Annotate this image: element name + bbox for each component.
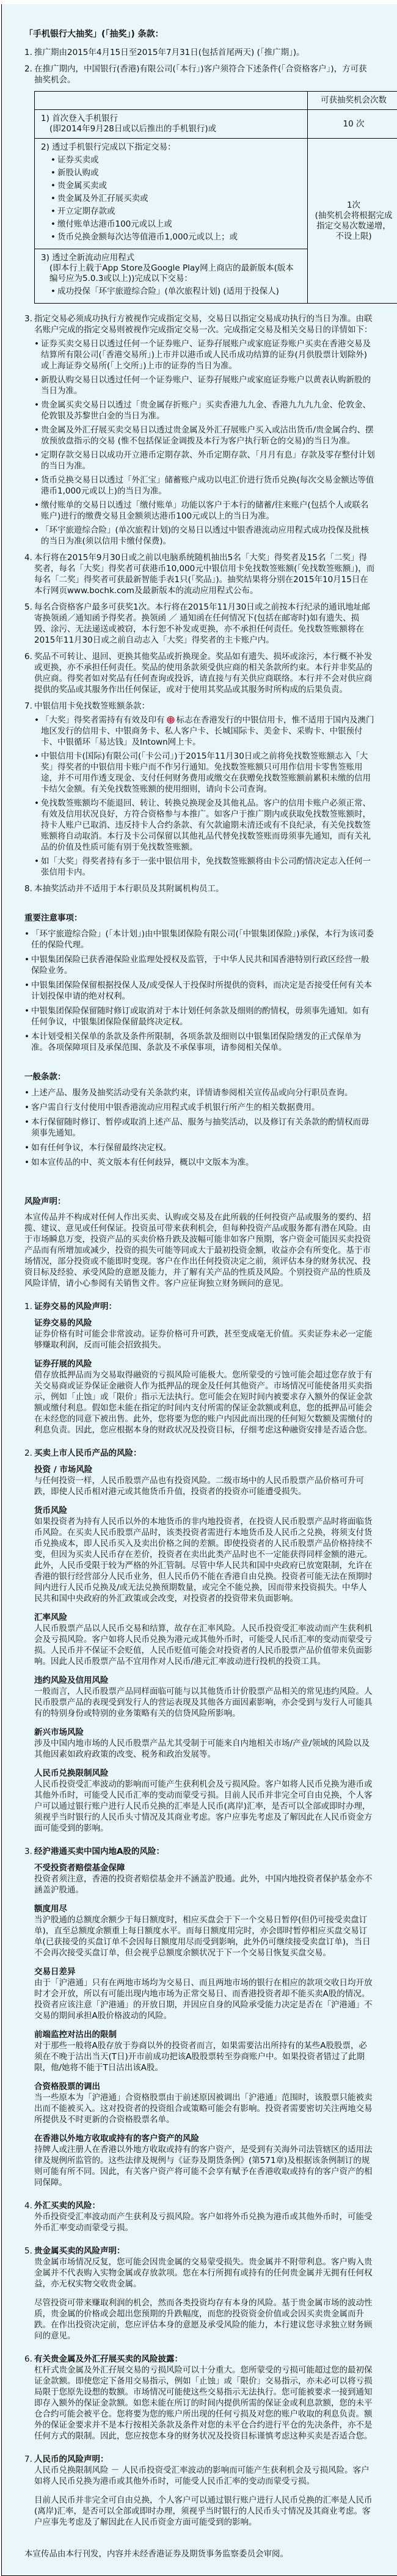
bullet-marker: •: [51, 155, 56, 166]
risk-paragraph: 外币投资受汇率波动而产生获利及亏损风险。客户如将外币兑换为港币或其他外币时，可能…: [34, 2211, 375, 2233]
risk-intro-paragraph: 本宣传品并不构成对任何人作出买卖、认购或交易及在此所载的任何投资产品或服务的要约…: [24, 1212, 375, 1289]
list-item: •缴付账单的交易日以透过「缴付账单」功能以客户于本行的储蓄/往来账户(包括个人或…: [34, 500, 375, 522]
risk-section-2-number: 2.: [24, 1448, 32, 1459]
risk-paragraph: 人民币投资受汇率波动的影响而可能产生获利机会及亏损风险。客户如将人民币兑换为港币…: [34, 1779, 375, 1834]
risk-section-5: 5. 贵金属买卖的风险声明： 贵金属市场情况反复，您可能会因贵金属的交易蒙受损失…: [24, 2246, 375, 2341]
term-7: 7. 中银信用卡免找数签账额条款： • 「大奖」得奖者需持有有效及印有标志在香港…: [24, 701, 375, 878]
list-item: •中银信用卡(国际)有限公司(「卡公司」)于2015年11月30日或之前将免找数…: [34, 751, 375, 795]
risk-paragraph: 一般而言，人民币股票产品同样面临可能与以其他货币计价股票产品相关的常见违约风险。…: [34, 1686, 375, 1719]
term-3: 3. 指定交易必须成功执行方被视作完成指定交易，交易日以指定交易成功执行的当日为…: [24, 313, 375, 547]
term-2-number: 2.: [24, 64, 32, 75]
risk-subsection: 不受投资者赔偿基金保障 投资者须注意，香港的投资者赔偿基金并不涵盖沪股通。此外，…: [34, 1863, 375, 1896]
risk-subsection: 货币风险 如果投资者为持有人民币以外的本地货币的非内地投资者，在投资人民币股票产…: [34, 1505, 375, 1604]
list-item: •缴付账单达港币100元或以上或: [51, 219, 301, 230]
bullet-marker: •: [34, 475, 39, 486]
risk-paragraph: 持牌人或注册人在香港以外地方收取或持有的客户资产，是受到有关海外司法管辖区的适用…: [34, 2144, 375, 2188]
risk-subheading: 证券交易的风险: [34, 1318, 375, 1329]
bullet-marker: •: [24, 954, 29, 965]
bullet-marker: •: [24, 929, 29, 940]
term-5-number: 5.: [24, 602, 32, 613]
risk-section-6-title: 有关贵金属及外汇孖展买卖的风险披露：: [34, 2354, 375, 2365]
chances-count: 1次: [314, 200, 393, 211]
general-terms-heading: 一般条款：: [24, 1071, 375, 1082]
chances-note: (抽奖机会将根据完成指定交易次数递增，不设上限): [314, 211, 393, 242]
row-1-line-1: 1) 首次登入手机银行: [41, 114, 301, 124]
list-item: •免找数签账额均不能退回、转让、转换兑换现金及其他礼品。客户的信用卡账户必须正常…: [34, 798, 375, 853]
list-item: •贵金属买卖或: [51, 181, 301, 191]
bullet-marker: •: [51, 168, 56, 178]
risk-subheading: 新兴市场风险: [34, 1727, 375, 1738]
bullet-marker: •: [34, 856, 39, 867]
risk-paragraph: 目前人民币并非完全可自由兑换，个人客户可以通过银行账户进行人民币兑换的汇率是人民…: [34, 2495, 375, 2528]
term-7-number: 7.: [24, 701, 32, 712]
list-item: •本行保留随时修订、暂停或取消上述产品、服务与抽奖活动，以及修订有关条款的酌情权…: [24, 1117, 375, 1139]
list-item: •贵金属及外汇孖展买卖或: [51, 194, 301, 204]
table-header-chances-cell: 可获抽奖机会次数: [308, 92, 397, 110]
risk-section-7-number: 7.: [24, 2454, 32, 2465]
list-item: •如本宣传品的中、英文版本有任何歧异，概以中文版本为准。: [24, 1157, 375, 1168]
row-3-line-1: 3) 透过全新流动应用程式: [41, 253, 301, 263]
table-row-2: 2) 透过手机银行完成以下指定交易： •证券买卖或 •新股认购或 •贵金属买卖或…: [35, 139, 397, 249]
list-item: •中银集团保险保留随时修订或取消对于本计划任何条款及细则的酌情权，毋须事先通知。…: [24, 1005, 375, 1027]
list-item: •上述产品、服务及抽奖活动受有关条款约束，详情请参阅相关宣传品或向分行职员查询。: [24, 1087, 375, 1098]
risk-section-1-title: 证券交易的风险声明：: [34, 1301, 375, 1312]
bullet-marker: •: [34, 400, 39, 410]
table-row-1: 1) 首次登入手机银行 (即2014年9月28日或以后推出的手机银行)或 10 …: [35, 110, 397, 139]
term-6-text: 奖品不可转让、退回、更换其他奖品或折换现金。奖品如有遗失、损坏或涂污，本行概不补…: [34, 652, 373, 695]
bullet-marker: •: [34, 425, 39, 436]
row-2-title: 2) 透过手机银行完成以下指定交易：: [41, 142, 301, 153]
risk-paragraph: 证券价格有时可能会非常波动。证券价格可升可跌，甚至变成毫无价值。买卖证券未必一定…: [34, 1329, 375, 1351]
table-row-1-chances-cell: 10 次: [308, 110, 397, 139]
bullet-marker: •: [51, 181, 56, 191]
term-3-text: 指定交易必须成功执行方被视作完成指定交易，交易日以指定交易成功执行的当日为准。由…: [34, 314, 373, 335]
table-header-empty-cell: [35, 92, 308, 110]
list-item: •新股认购交易日以透过任何一个证券账户、证券孖展账户或家庭证券账户以黄表认购新股…: [34, 374, 375, 396]
bullet-marker: •: [24, 980, 29, 991]
risk-subheading: 证券孖展的风险: [34, 1359, 375, 1370]
risk-section-1: 1. 证券交易的风险声明： 证券交易的风险 证券价格有时可能会非常波动。证券价格…: [24, 1301, 375, 1436]
risk-paragraph: 杠杆式贵金属及外汇孖展交易的亏损风险可以十分重大。您所蒙受的亏损可能超过您的最初…: [34, 2365, 375, 2442]
risk-subheading: 投资 / 市场风险: [34, 1464, 375, 1475]
risk-subheading: 不受投资者赔偿基金保障: [34, 1863, 375, 1874]
row-3-line-2: (即本行上载于App Store及Google Play网上商店的最新版本(版本…: [41, 263, 301, 284]
risk-subsection: 汇率风险 人民币股票产品以人民币交易和结算，故存在汇率风险。人民币投资受汇率波动…: [34, 1612, 375, 1667]
risk-section-4-title: 外汇买卖的风险：: [34, 2200, 375, 2211]
risk-subsection: 额度用尽 当沪股通的总额度余额少于每日额度时，相应买盘会于下一个交易日暂停(但仍…: [34, 1903, 375, 1958]
risk-paragraph: 尽管投资可带来赚取利润的机会，然而各类投资均存有本身的风险。基于贵金属市场的波动…: [34, 2297, 375, 2341]
list-item: •客户需自行支付使用中银香港流动应用程式或手机银行所产生的相关数据费用。: [24, 1102, 375, 1113]
bullet-marker: •: [34, 798, 39, 809]
list-item: •新股认购或: [51, 168, 301, 178]
risk-paragraph: 投资者须注意，香港的投资者赔偿基金并不涵盖沪股通。此外，中国内地投资者保护基金亦…: [34, 1874, 375, 1896]
risk-subheading: 违约风险及信用风险: [34, 1675, 375, 1686]
list-item: •贵金属买卖交易日以透过「贵金属存折账户」买卖香港九九金、香港九九九九金、伦敦金…: [34, 400, 375, 421]
list-item: •「环宇旅遊综合险」(单次旅程计划)的交易日以透过中银香港流动应用程式成功投保及…: [34, 525, 375, 547]
risk-subheading: 合资格股票的调出: [34, 2081, 375, 2092]
leaflet-page: 「手机银行大抽奖」(「抽奖」) 条款： 1. 推广期由2015年4月15日至20…: [1, 4, 397, 2576]
term-5-text: 每名合资格客户最多可获奖1次。本行将在2015年11月30日或之前按本行纪录的通…: [34, 602, 370, 645]
table-header-row: 可获抽奖机会次数: [35, 92, 397, 110]
risk-paragraph: 与任何投资一样，人民币股票产品也有投资风险。二级市场中的人民币股票产品价格可升可…: [34, 1475, 375, 1497]
term-4-number: 4.: [24, 552, 32, 563]
risk-statement-heading: 风险声明：: [24, 1196, 375, 1207]
risk-paragraph: 人民币股票产品以人民币交易和结算，故存在汇率风险。人民币投资受汇率波动而产生获利…: [34, 1623, 375, 1667]
risk-paragraph: 如果投资者为持有人民币以外的本地货币的非内地投资者，在投资人民币股票产品时将面临…: [34, 1516, 375, 1604]
risk-section-3: 3. 经沪港通买卖中国内地A股的风险： 不受投资者赔偿基金保障 投资者须注意，香…: [24, 1846, 375, 2188]
list-item: •货币兑换金额每次达等值港币1,000元或以上；或: [51, 232, 301, 243]
risk-subheading: 前端监控对沽出的限制: [34, 2029, 375, 2040]
term-8-number: 8.: [24, 883, 32, 894]
term-1: 1. 推广期由2015年4月15日至2015年7月31日(包括首尾两天) (「推…: [24, 47, 375, 58]
risk-subheading: 货币风险: [34, 1505, 375, 1516]
risk-paragraph: 当一些原本为「沪港通」合资格股票由于前述原因被调出「沪港通」范围时，该股票只能被…: [34, 2092, 375, 2125]
term-7-bullet-1-pre: 「大奖」得奖者需持有有效及印有: [41, 715, 165, 725]
bullet-marker: •: [24, 1117, 29, 1128]
bullet-marker: •: [34, 751, 39, 762]
list-item: •证券买卖交易日以透过任何一个证券账户、证券孖展账户或家庭证券账户买卖在香港交易…: [34, 338, 375, 371]
bullet-marker: •: [24, 1102, 29, 1113]
risk-section-7-title: 人民币的风险声明：: [34, 2454, 375, 2465]
risk-subsection: 投资 / 市场风险 与任何投资一样，人民币股票产品也有投资风险。二级市场中的人民…: [34, 1464, 375, 1497]
list-item: •如有任何争议，本行保留最终决定权。: [24, 1142, 375, 1153]
bullet-marker: •: [51, 219, 56, 230]
bullet-marker: •: [34, 374, 39, 385]
risk-subsection: 合资格股票的调出 当一些原本为「沪港通」合资格股票由于前述原因被调出「沪港通」范…: [34, 2081, 375, 2125]
list-item: •中银集团保险已获香港保险业监理处授权及监管，于中华人民共和国香港特别行政区经营…: [24, 954, 375, 976]
list-item: •开立定期存款或: [51, 206, 301, 217]
risk-paragraph: 人民币兑换限制风险 － 人民币投资受汇率波动的影响而可能产生获利机会及亏损风险。…: [34, 2465, 375, 2487]
list-item: •定期存款交易日以成功开立港币定期存款、外币定期存款、「月月有息」存款及零存整付…: [34, 450, 375, 472]
risk-paragraph: 涉及中国内地市场的人民币股票产品尤其受制于可能来自内地相关市场/产业/领域的风险…: [34, 1738, 375, 1760]
risk-section-5-number: 5.: [24, 2246, 32, 2257]
risk-subheading: 交易日差异: [34, 1966, 375, 1977]
risk-subsection: 违约风险及信用风险 一般而言，人民币股票产品同样面临可能与以其他货币计价股票产品…: [34, 1675, 375, 1719]
risk-subsection: 前端监控对沽出的限制 对于那些一般将A股存放于券商以外的投资者而言，如果需要沽出…: [34, 2029, 375, 2073]
table-rows-2-3-chances-cell: 1次 (抽奖机会将根据完成指定交易次数递增，不设上限): [308, 139, 397, 304]
risk-section-4: 4. 外汇买卖的风险： 外币投资受汇率波动而产生获利及亏损风险。客户如将外币兑换…: [24, 2200, 375, 2233]
risk-section-2-title: 买卖上市人民币产品的风险：: [34, 1448, 375, 1459]
table-row-3-condition-cell: 3) 透过全新流动应用程式 (即本行上载于App Store及Google Pl…: [35, 249, 308, 304]
risk-section-6-number: 6.: [24, 2354, 32, 2365]
list-item: •「环宇旅遊综合险」(「本计划」)由中银集团保险有限公司(「中银集团保险」)承保…: [24, 929, 375, 950]
risk-subsection: 证券孖展的风险 借存放抵押品而为交易取得融资的亏损风险可能极大。您所蒙受的亏蚀可…: [34, 1359, 375, 1436]
bullet-marker: •: [51, 206, 56, 217]
list-item: •本计划受相关保单的条款及条件所限制，各项条款及细则以中银集团保险缮发的正式保单…: [24, 1031, 375, 1053]
boc-logo-icon: [167, 716, 175, 724]
list-item: •证券买卖或: [51, 155, 301, 166]
term-4: 4. 本行将在2015年9月30日或之前以电脑系统随机抽出5名「大奖」得奖者及1…: [24, 552, 375, 596]
risk-subsection: 在香港以外地方收取或持有的客户资产的风险 持牌人或注册人在香港以外地方收取或持有…: [34, 2133, 375, 2188]
term-4-text: 本行将在2015年9月30日或之前以电脑系统随机抽出5名「大奖」得奖者及15名「…: [34, 553, 374, 596]
risk-section-7: 7. 人民币的风险声明： 人民币兑换限制风险 － 人民币投资受汇率波动的影响而可…: [24, 2454, 375, 2528]
risk-subheading: 汇率风险: [34, 1612, 375, 1623]
risk-section-5-title: 贵金属买卖的风险声明：: [34, 2246, 375, 2257]
row-1-line-2: (即2014年9月28日或以后推出的手机银行)或: [41, 124, 301, 134]
risk-section-2: 2. 买卖上市人民币产品的风险： 投资 / 市场风险 与任何投资一样，人民币股票…: [24, 1448, 375, 1834]
term-7-title: 中银信用卡免找数签账额条款：: [34, 701, 150, 711]
page-title: 「手机银行大抽奖」(「抽奖」) 条款：: [24, 29, 375, 40]
bullet-marker: •: [51, 232, 56, 243]
important-notes-heading: 重要注意事项：: [24, 913, 375, 924]
risk-subsection: 交易日差异 由于「沪港通」只有在两地市场均为交易日、而且两地市场的银行在相应的款…: [34, 1966, 375, 2021]
term-1-number: 1.: [24, 47, 32, 58]
term-1-text: 推广期由2015年4月15日至2015年7月31日(包括首尾两天) (「推广期」…: [34, 48, 305, 57]
risk-subheading: 额度用尽: [34, 1903, 375, 1914]
table-row-1-condition-cell: 1) 首次登入手机银行 (即2014年9月28日或以后推出的手机银行)或: [35, 110, 308, 139]
bullet-marker: •: [24, 1157, 29, 1168]
risk-subheading: 人民币兑换限制风险: [34, 1768, 375, 1779]
risk-section-4-number: 4.: [24, 2200, 32, 2211]
term-2: 2. 在推广期内，中国银行(香港)有限公司(「本行」)客户须符合下述条件(「合资…: [24, 64, 375, 86]
risk-section-3-title: 经沪港通买卖中国内地A股的风险：: [34, 1846, 375, 1857]
risk-subsection: 人民币兑换限制风险 人民币投资受汇率波动的影响而可能产生获利机会及亏损风险。客户…: [34, 1768, 375, 1834]
bullet-marker: •: [34, 500, 39, 511]
risk-subsection: 新兴市场风险 涉及中国内地市场的人民币股票产品尤其受制于可能来自内地相关市场/产…: [34, 1727, 375, 1760]
risk-paragraph: 由于「沪港通」只有在两地市场均为交易日、而且两地市场的银行在相应的款项交收日均开…: [34, 1977, 375, 2021]
risk-paragraph: 贵金属市场情况反复，您可能会因贵金属的交易蒙受损失。贵金属并不附带利息。客户购入…: [34, 2257, 375, 2290]
bullet-marker: •: [34, 450, 39, 461]
risk-paragraph: 借存放抵押品而为交易取得融资的亏损风险可能极大。您所蒙受的亏蚀可能会超过您存放于…: [34, 1370, 375, 1436]
term-8-text: 本抽奖活动并不适用于本行职员及其附属机构员工。: [34, 884, 224, 894]
risk-section-1-number: 1.: [24, 1301, 32, 1312]
bullet-marker: •: [51, 194, 56, 204]
term-3-number: 3.: [24, 313, 32, 324]
bullet-marker: •: [24, 1087, 29, 1098]
list-item: •成功投保「环宇旅遊综合险」(单次旅程计划) (适用于投保人): [51, 286, 301, 297]
term-6: 6. 奖品不可转让、退回、更换其他奖品或折换现金。奖品如有遗失、损坏或涂污，本行…: [24, 651, 375, 695]
list-item: •中银集团保险保留根据投保人及/或受保人于投保时所提供的资料，而决定是否接受任何…: [24, 980, 375, 1002]
list-item: •贵金属及外汇孖展买卖交易日以透过贵金属及外汇孖展账户买入或沽出货币/贵金属合约…: [34, 425, 375, 447]
term-5: 5. 每名合资格客户最多可获奖1次。本行将在2015年11月30日或之前按本行纪…: [24, 602, 375, 646]
list-item: •如「大奖」得奖者持有多于一张中银信用卡，免找数签账额将由卡公司酌情决定志入任何…: [34, 856, 375, 878]
bullet-marker: •: [34, 338, 39, 349]
list-item: •货币兑换交易日以透过「外汇宝」储蓄账户成功以电汇价进行货币兑换(每次交易金额达…: [34, 475, 375, 497]
term-2-text: 在推广期内，中国银行(香港)有限公司(「本行」)客户须符合下述条件(「合资格客户…: [34, 64, 367, 85]
bullet-marker: •: [34, 715, 39, 726]
table-row-2-condition-cell: 2) 透过手机银行完成以下指定交易： •证券买卖或 •新股认购或 •贵金属买卖或…: [35, 139, 308, 249]
risk-subsection: 证券交易的风险 证券价格有时可能会非常波动。证券价格可升可跌，甚至变成毫无价值。…: [34, 1318, 375, 1351]
term-8: 8. 本抽奖活动并不适用于本行职员及其附属机构员工。: [24, 883, 375, 894]
list-item: • 「大奖」得奖者需持有有效及印有标志在香港发行的中银信用卡，惟不适用于国内及澳…: [34, 715, 375, 748]
bullet-marker: •: [24, 1142, 29, 1153]
bullet-marker: •: [51, 286, 56, 297]
risk-paragraph: 对于那些一般将A股存放于券商以外的投资者而言，如果需要沽出所持有的某些A股股票，…: [34, 2040, 375, 2073]
risk-subheading: 在香港以外地方收取或持有的客户资产的风险: [34, 2133, 375, 2144]
footer-disclaimer: 本宣传品由本行刊发，内容并未经香港证券及期货事务监察委员会审阅。: [24, 2549, 375, 2560]
risk-paragraph: 当沪股通的总额度余额少于每日额度时，相应买盘会于下一个交易日暂停(但仍可接受卖盘…: [34, 1914, 375, 1958]
draw-chances-table: 可获抽奖机会次数 1) 首次登入手机银行 (即2014年9月28日或以后推出的手…: [34, 91, 397, 304]
bullet-marker: •: [34, 525, 39, 536]
bullet-marker: •: [24, 1031, 29, 1042]
risk-section-3-number: 3.: [24, 1846, 32, 1857]
risk-section-6: 6. 有关贵金属及外汇孖展买卖的风险披露： 杠杆式贵金属及外汇孖展交易的亏损风险…: [24, 2354, 375, 2442]
bullet-marker: •: [24, 1005, 29, 1016]
term-6-number: 6.: [24, 651, 32, 662]
